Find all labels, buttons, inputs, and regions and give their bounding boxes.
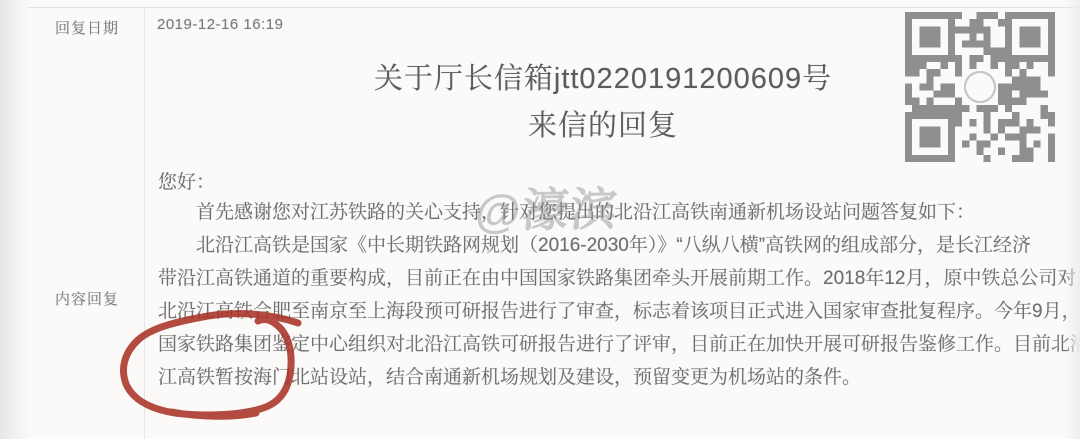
- reply-date-value: 2019-12-16 16:19: [157, 16, 283, 33]
- body-line: 首先感谢您对江苏铁路的关心支持，针对您提出的北沿江高铁南通新机场设站问题答复如下…: [158, 196, 1063, 229]
- body-line: 北沿江高铁合肥至南京至上海段预可研报告进行了审查，标志着该项目正式进入国家审查批…: [158, 295, 1063, 328]
- reply-letter-page: 回复日期 内容回复 2019-12-16 16:19 关于厅长信箱jtt0220…: [0, 0, 1080, 439]
- letter-greeting: 您好：: [158, 167, 215, 194]
- letter-body: 首先感谢您对江苏铁路的关心支持，针对您提出的北沿江高铁南通新机场设站问题答复如下…: [158, 196, 1063, 394]
- body-line: 江高铁暂按海门北站设站，结合南通新机场规划及建设，预留变更为机场站的条件。: [158, 361, 1063, 394]
- qr-code-icon: [905, 12, 1055, 162]
- top-border: [28, 7, 1080, 8]
- body-line: 带沿江高铁通道的重要构成，目前正在由中国国家铁路集团牵头开展前期工作。2018年…: [158, 262, 1063, 295]
- body-line: 北沿江高铁是国家《中长期铁路网规划（2016-2030年）》“八纵八横”高铁网的…: [158, 229, 1063, 262]
- reply-date-label: 回复日期: [30, 17, 144, 38]
- body-line: 国家铁路集团鉴定中心组织对北沿江高铁可研报告进行了评审，目前正在加快开展可研报告…: [158, 328, 1063, 361]
- reply-content-label: 内容回复: [30, 288, 144, 309]
